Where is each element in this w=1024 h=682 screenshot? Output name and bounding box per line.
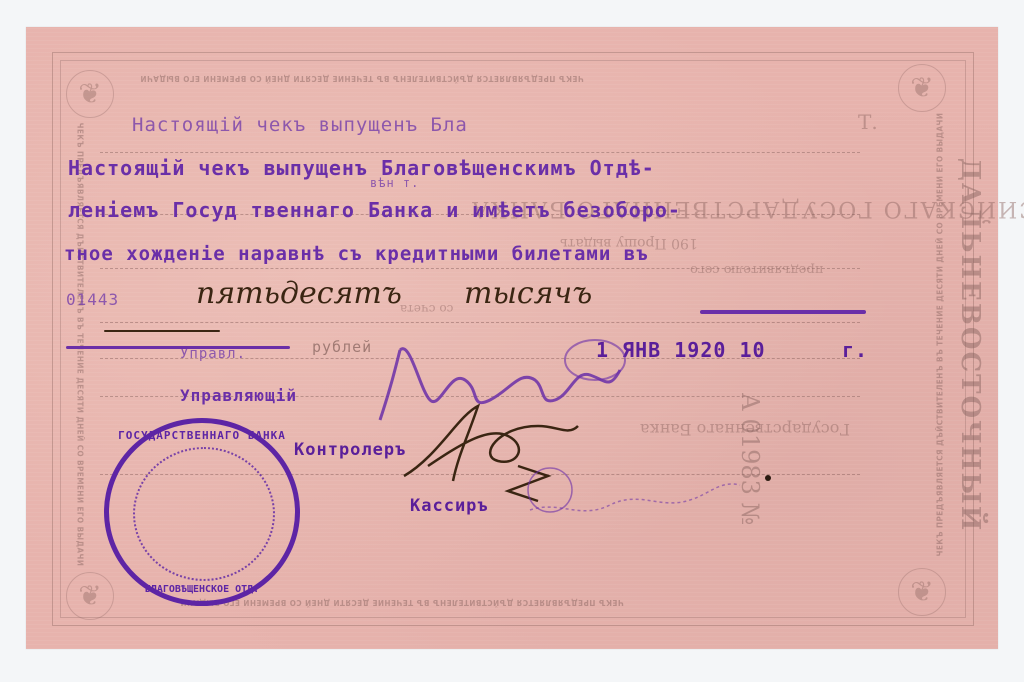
corner-ornament-icon: ❦ [66,70,114,118]
embossed-line: предъявителю сего [690,262,823,277]
border-text-right: ЧЕКЪ ПРЕДЪЯВЛЯЕТСЯ ДЪЙСТВИТЕЛЕНЪ ВЪ ТЕЧЕ… [936,55,945,615]
stamp-text-line2: леніемъ Госуд твеннаго Банка и имѣетъ бе… [68,198,681,222]
ink-rule [104,330,220,332]
border-text-left: ЧЕКЪ ПРЕДЪЯВЛЯЕТСЯ ДЪЙСТВИТЕЛЕНЪ ВЪ ТЕЧЕ… [76,65,85,625]
stamp-small: вѣн т. [370,176,419,190]
stamp-text-line3: тное хожденіе наравнѣ съ кредитными биле… [64,243,649,265]
rubles-label: рублей [312,338,372,356]
manager-label: Управляющій [180,386,297,405]
seal-inner-ring [133,447,275,581]
embossed-letter: Т. [858,110,878,134]
seal-top-text: ГОСУДАРСТВЕННАГО БАНКА [109,429,295,442]
guide-line [100,268,860,269]
seal-bottom-text: БЛАГОВѢЩЕНСКОЕ ОТД. [109,584,295,595]
embossed-line: Государственнаго Банка [640,420,850,439]
border-text-bottom: ЧЕКЪ ПРЕДЪЯВЛЯЕТСЯ ДЪЙСТВИТЕЛЕНЪ ВЪ ТЕЧЕ… [180,598,624,607]
cashier-signature [520,460,780,530]
stamp-rule [66,346,290,349]
controller-label: Контролеръ [294,440,406,460]
handwritten-amount: пятьдесятъ [196,276,402,311]
stamp-rule [700,310,866,314]
border-text-top: ЧЕКЪ ПРЕДЪЯВЛЯЕТСЯ ДЪЙСТВИТЕЛЕНЪ ВЪ ТЕЧЕ… [140,74,584,83]
serial-number: 01443 [66,290,119,309]
corner-ornament-icon: ❦ [66,572,114,620]
guide-line [100,322,860,323]
stamp-text-faint: Настоящій чекъ выпущенъ Бла [132,114,468,136]
bank-seal: ГОСУДАРСТВЕННАГО БАНКА БЛАГОВѢЩЕНСКОЕ ОТ… [104,418,300,606]
guide-line [100,152,860,153]
embossed-line: со счета [400,302,453,316]
handwritten-amount: тысячъ [464,276,592,311]
date-suffix: г. [842,338,868,362]
vertical-title: ДАЛЬНЕВОСТОЧНЫЙ [955,65,985,625]
stamp-text-line1: Настоящій чекъ выпущенъ Благовѣщенскимъ … [68,156,655,180]
